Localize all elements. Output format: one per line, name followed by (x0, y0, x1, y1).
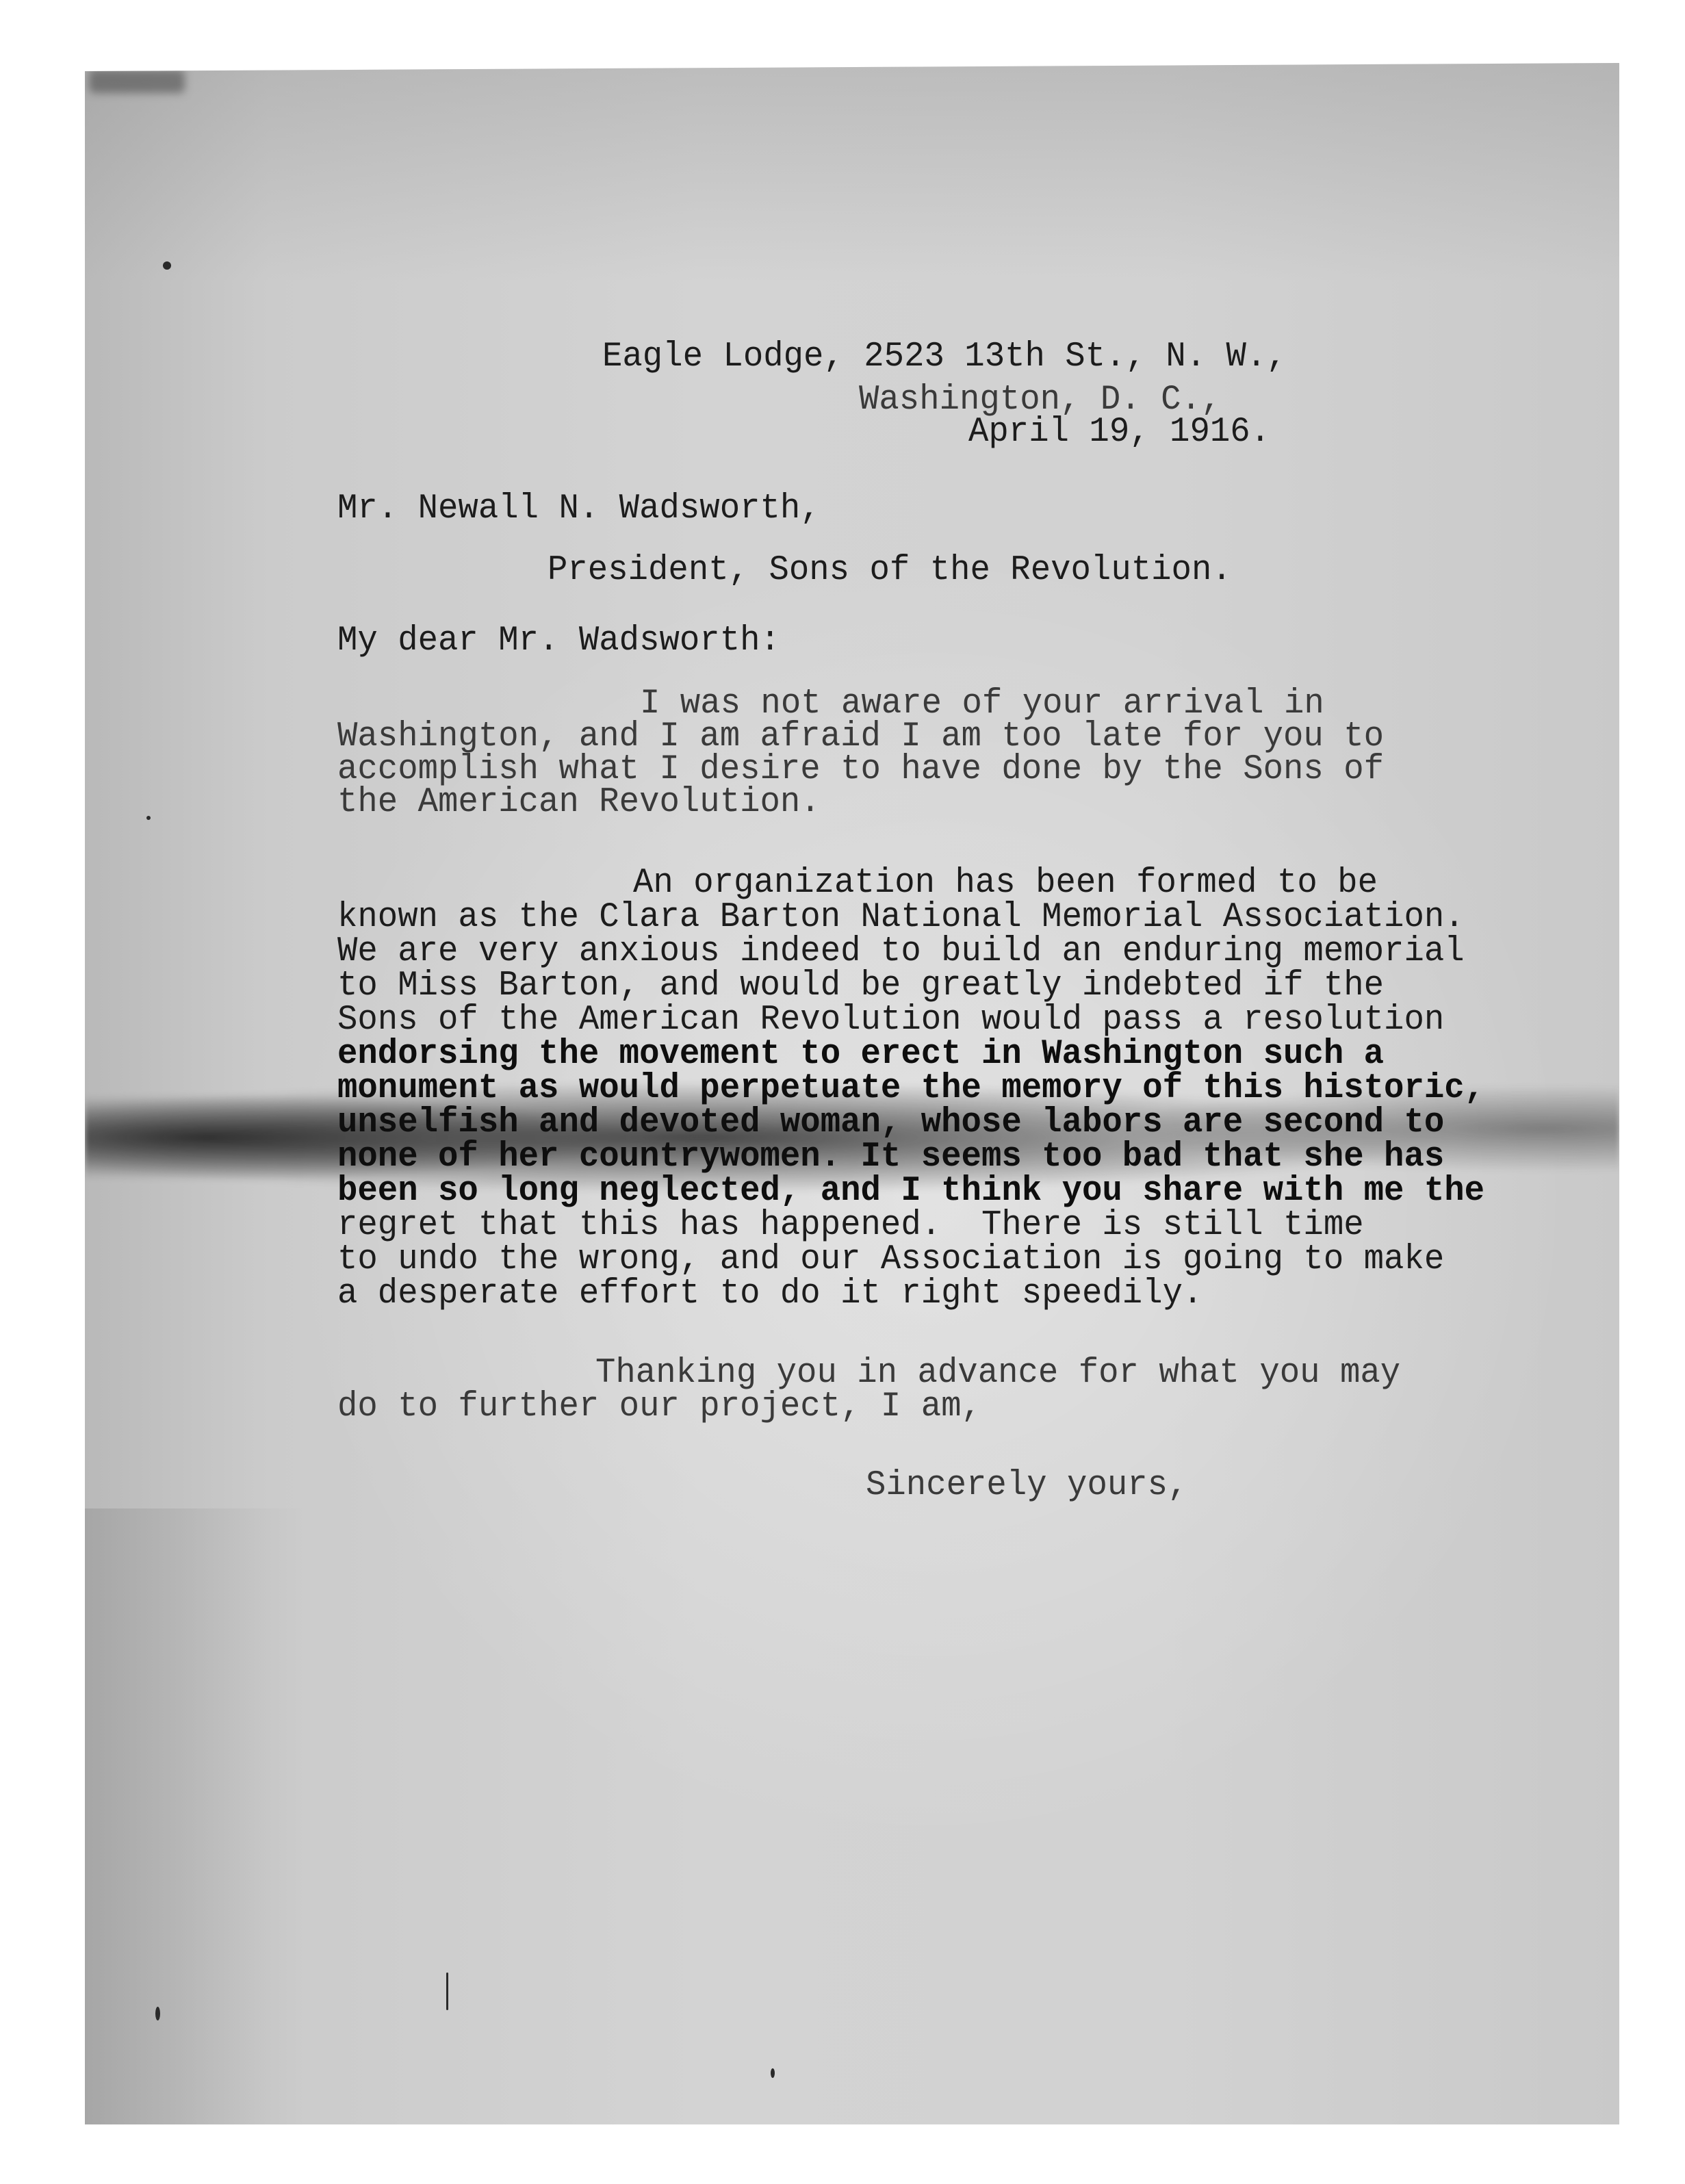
scan-speck (771, 2068, 775, 2078)
paragraph-2-line: endorsing the movement to erect in Washi… (337, 1036, 1384, 1071)
scan-speck (446, 1973, 448, 2010)
paragraph-2-line: none of her countrywomen. It seems too b… (337, 1139, 1444, 1174)
paragraph-2-line: regret that this has happened. There is … (337, 1207, 1364, 1242)
scan-speck (146, 816, 151, 820)
scan-speck (155, 2007, 160, 2020)
letter-page: Eagle Lodge, 2523 13th St., N. W., Washi… (85, 63, 1619, 2124)
scan-shading-top (85, 63, 1619, 282)
corner-smudge (89, 70, 185, 93)
paragraph-2-line: An organization has been formed to be (633, 865, 1378, 900)
paragraph-2-line: We are very anxious indeed to build an e… (337, 934, 1465, 968)
recipient-title: President, Sons of the Revolution. (548, 552, 1232, 587)
paragraph-2-line: been so long neglected, and I think you … (337, 1173, 1484, 1208)
heading-date: April 19, 1916. (968, 414, 1270, 449)
paragraph-3-line: Thanking you in advance for what you may (595, 1355, 1400, 1390)
paragraph-2-line: monument as would perpetuate the memory … (337, 1070, 1484, 1105)
paragraph-2-line: to undo the wrong, and our Association i… (337, 1242, 1444, 1276)
heading-address: Eagle Lodge, 2523 13th St., N. W., (602, 339, 1287, 374)
recipient-name: Mr. Newall N. Wadsworth, (337, 491, 821, 526)
salutation: My dear Mr. Wadsworth: (337, 623, 780, 658)
paragraph-2-line: known as the Clara Barton National Memor… (337, 899, 1465, 934)
closing: Sincerely yours, (866, 1467, 1187, 1502)
paragraph-2-line: a desperate effort to do it right speedi… (337, 1276, 1202, 1311)
paragraph-1-line: the American Revolution. (337, 784, 821, 819)
paragraph-2-line: Sons of the American Revolution would pa… (337, 1002, 1444, 1037)
scan-speck (163, 261, 171, 270)
scan-speck (1652, 1035, 1656, 1042)
paragraph-3-line: do to further our project, I am, (337, 1389, 981, 1424)
paragraph-2-line: unselfish and devoted woman, whose labor… (337, 1105, 1444, 1140)
scan-shading-left (85, 1508, 304, 2124)
paragraph-2-line: to Miss Barton, and would be greatly ind… (337, 968, 1384, 1003)
